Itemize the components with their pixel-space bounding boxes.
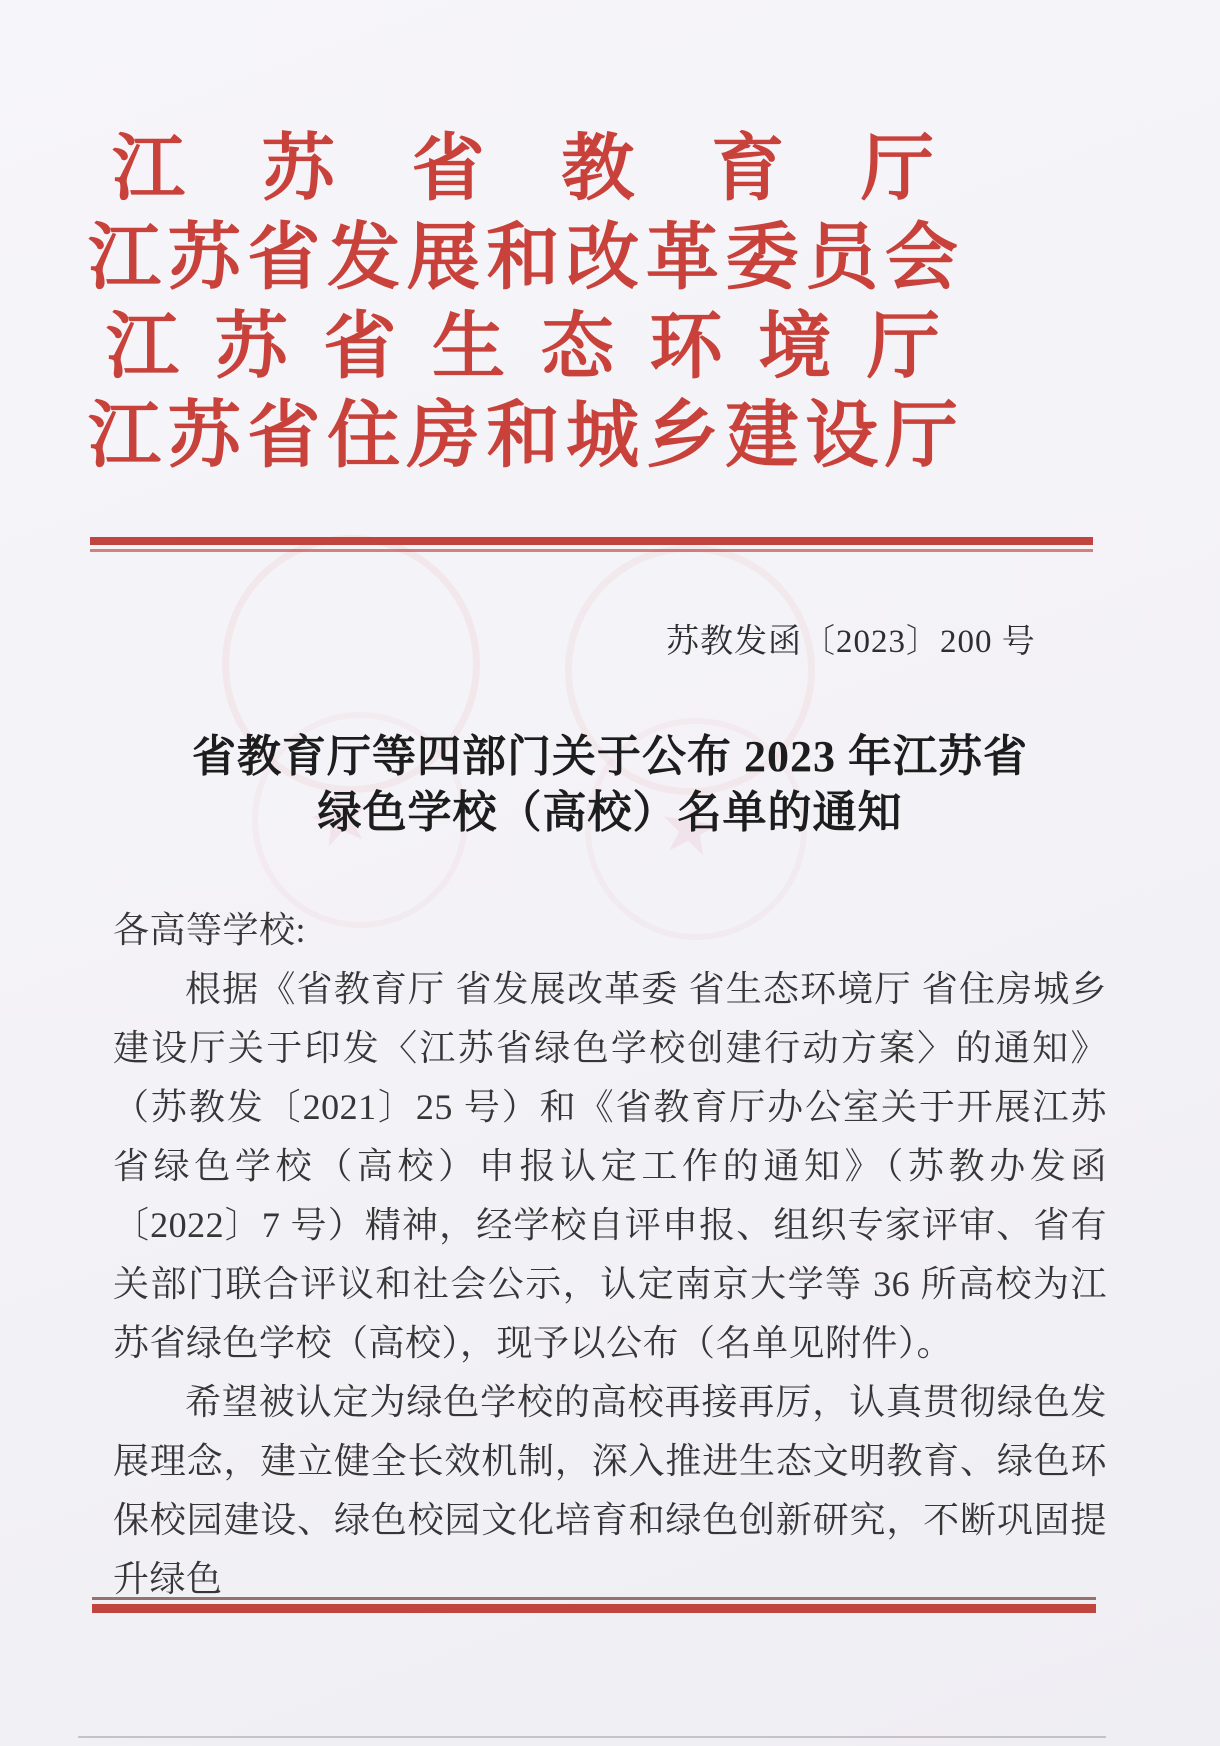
paragraph-1: 根据《省教育厅 省发展改革委 省生态环境厅 省住房城乡建设厅关于印发〈江苏省绿色…	[113, 960, 1107, 1373]
document-title: 省教育厅等四部门关于公布 2023 年江苏省绿色学校（高校）名单的通知	[0, 729, 1220, 841]
paragraph-2: 希望被认定为绿色学校的高校再接再厉，认真贯彻绿色发展理念，建立健全长效机制，深入…	[113, 1373, 1107, 1609]
separator-thin-line	[92, 1597, 1096, 1600]
letterhead-line-2: 江苏省发展和改革委员会	[88, 213, 958, 302]
red-separator-bottom	[92, 1597, 1096, 1613]
title-line-2: 绿色学校（高校）名单的通知	[318, 788, 903, 837]
letterhead-line-4: 江苏省住房和城乡建设厅	[88, 391, 958, 480]
title-line-1: 省教育厅等四部门关于公布 2023 年江苏省	[192, 732, 1028, 781]
document-page: ★ ★ 江苏省教育厅 江苏省发展和改革委员会 江苏省生态环境厅 江苏省住房和城乡…	[0, 0, 1220, 1746]
separator-thick-line	[92, 1604, 1096, 1613]
letterhead: 江苏省教育厅 江苏省发展和改革委员会 江苏省生态环境厅 江苏省住房和城乡建设厅	[88, 124, 958, 480]
red-separator-top	[90, 537, 1093, 552]
page-edge-shadow	[78, 1736, 1106, 1738]
letterhead-line-1: 江苏省教育厅	[88, 124, 958, 213]
document-number: 苏教发函〔2023〕200 号	[666, 615, 1036, 662]
document-body: 各高等学校: 根据《省教育厅 省发展改革委 省生态环境厅 省住房城乡建设厅关于印…	[113, 901, 1107, 1609]
salutation: 各高等学校:	[113, 901, 1107, 960]
separator-thin-line	[90, 549, 1093, 552]
letterhead-line-3: 江苏省生态环境厅	[88, 302, 958, 391]
separator-thick-line	[90, 537, 1093, 545]
